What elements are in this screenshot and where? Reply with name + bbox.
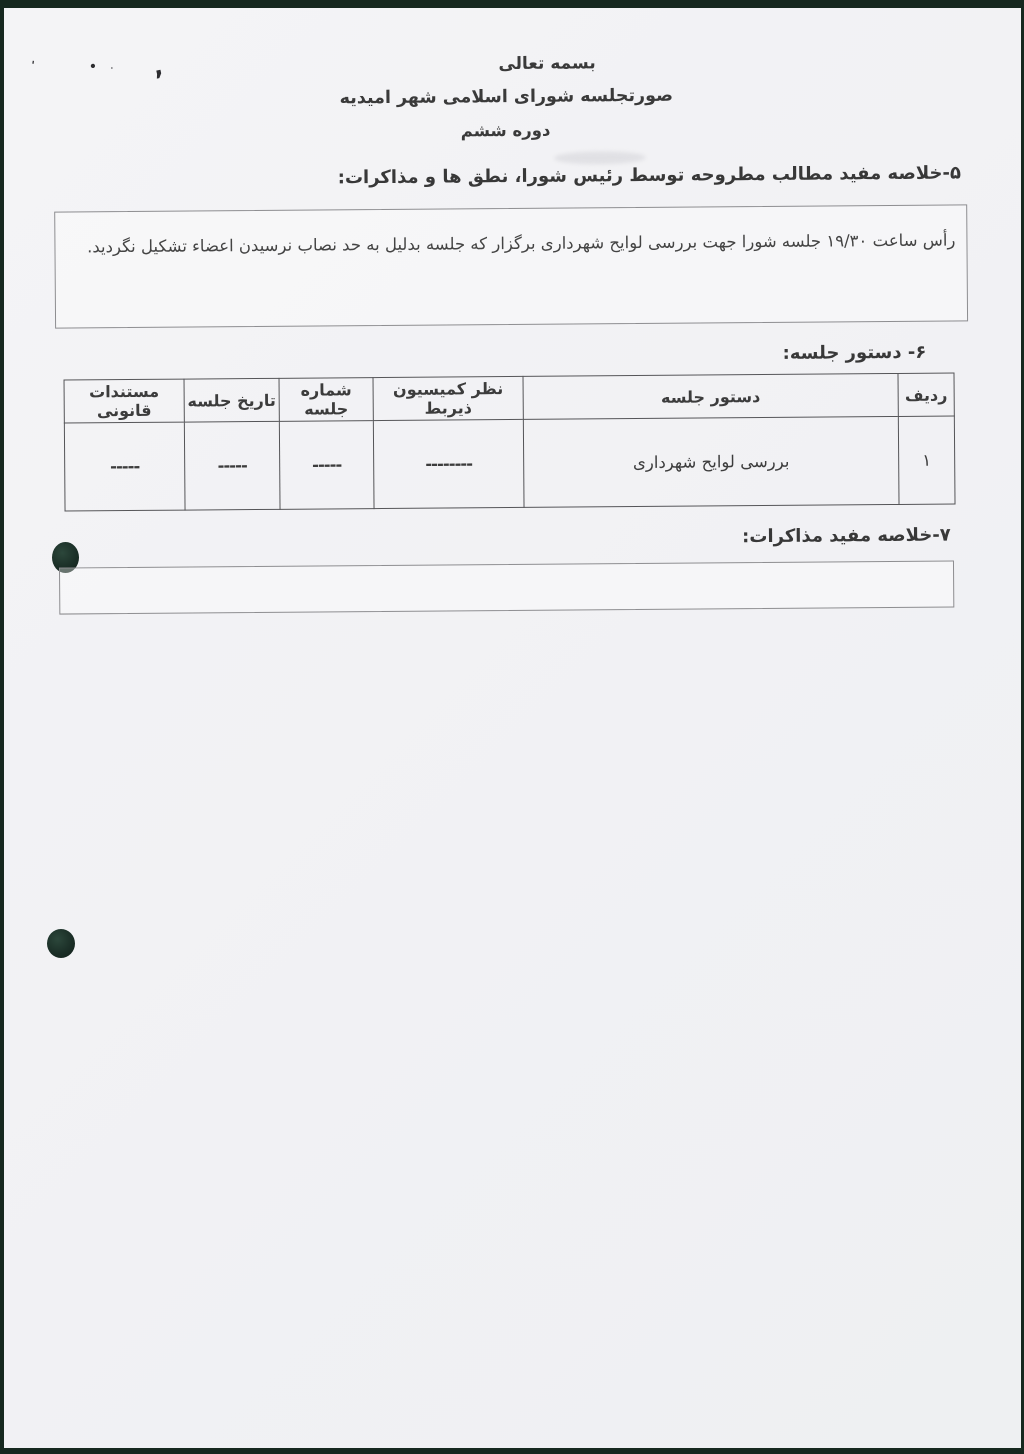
section5-text-box: رأس ساعت ۱۹/۳۰ جلسه شورا جهت بررسی لوایح…	[54, 204, 968, 328]
col-header-row-number: ردیف	[898, 373, 954, 416]
section7-heading: ۷-خلاصه مفید مذاکرات:	[742, 525, 951, 548]
agenda-table: ردیف دستور جلسه نظر کمیسیون ذیربط شماره …	[64, 373, 956, 512]
ink-mark: •	[89, 60, 97, 72]
scanned-paper: ' • · , بسمه تعالی صورتجلسه شورای اسلامی…	[4, 8, 1021, 1448]
cell-meeting-number: -----	[279, 421, 374, 510]
col-header-commission-opinion: نظر کمیسیون ذیربط	[373, 376, 523, 420]
col-header-meeting-date: تاریخ جلسه	[184, 378, 279, 422]
agenda-table-row: ۱ بررسی لوایح شهرداری -------- ----- ---…	[64, 416, 955, 511]
agenda-table-header-row: ردیف دستور جلسه نظر کمیسیون ذیربط شماره …	[64, 373, 954, 423]
section6-heading: ۶- دستور جلسه:	[783, 342, 927, 364]
section5-heading: ۵-خلاصه مفید مطالب مطروحه توسط رئیس شورا…	[338, 162, 961, 188]
col-header-meeting-number: شماره جلسه	[279, 378, 373, 422]
cell-meeting-date: -----	[184, 421, 280, 510]
printed-content: ' • · , بسمه تعالی صورتجلسه شورای اسلامی…	[1, 4, 1024, 1452]
scanned-page-background: { "document": { "header": { "bismillah":…	[0, 0, 1024, 1454]
cell-commission-opinion: --------	[373, 419, 524, 508]
ink-mark: ,	[151, 54, 165, 79]
council-term: دوره ششم	[461, 121, 551, 141]
smudge	[554, 151, 646, 165]
col-header-legal-documents: مستندات قانونی	[64, 379, 184, 423]
ink-mark: '	[30, 60, 35, 71]
section5-body-text: رأس ساعت ۱۹/۳۰ جلسه شورا جهت بررسی لوایح…	[55, 205, 966, 256]
document-title: صورتجلسه شورای اسلامی شهر امیدیه	[340, 86, 673, 109]
ink-mark: ·	[110, 65, 113, 74]
section7-text-box	[59, 561, 954, 615]
cell-legal-documents: -----	[64, 422, 185, 511]
bismillah-line: بسمه تعالی	[498, 53, 595, 74]
col-header-agenda-item: دستور جلسه	[523, 373, 898, 419]
cell-agenda-item: بررسی لوایح شهرداری	[523, 416, 899, 507]
cell-row-number: ۱	[898, 416, 955, 504]
